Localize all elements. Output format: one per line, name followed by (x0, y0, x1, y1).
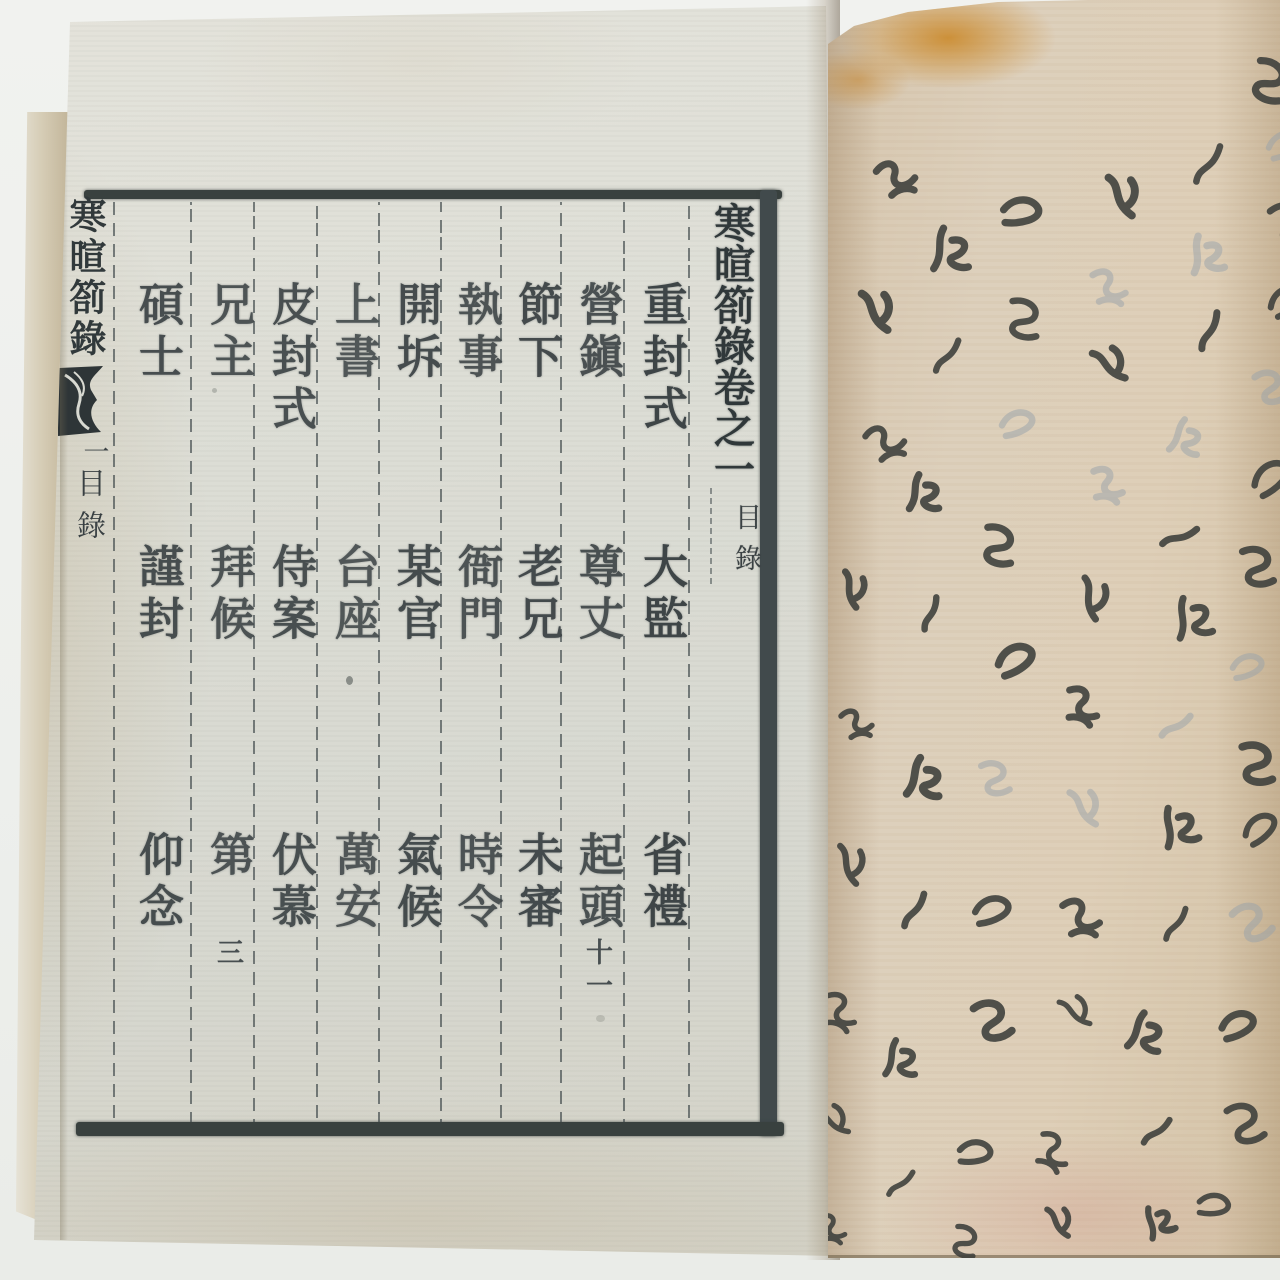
calligraphy-glyph (864, 421, 908, 465)
column-rule (190, 202, 192, 1122)
calligraphy-glyph (832, 846, 865, 884)
column-rule (113, 202, 115, 1122)
fishtail-ornament (58, 366, 108, 438)
calligraphy-glyph (1002, 412, 1033, 437)
handwriting-calligraphy (828, 0, 1280, 1258)
calligraphy-glyph (1062, 687, 1102, 727)
spine-title: 寒暄箚錄 (58, 196, 112, 360)
toc-entry-bottom: 氣候 (383, 831, 448, 935)
calligraphy-glyph (860, 294, 889, 330)
toc-entry-top: 上書 (321, 281, 386, 385)
spine-section-label: 目錄 (70, 468, 111, 552)
calligraphy-glyph (934, 228, 975, 275)
toc-entry-top: 執事 (444, 281, 509, 385)
calligraphy-glyph (933, 341, 961, 371)
calligraphy-glyph (840, 707, 873, 740)
toc-entry-bottom: 省禮 (629, 831, 694, 935)
calligraphy-glyph (1222, 1013, 1254, 1039)
toc-entry-top: 營鎭 (565, 281, 630, 385)
calligraphy-glyph (1071, 578, 1109, 620)
toc-entry-top: 重封式 (629, 281, 694, 437)
toc-entry-note: 十一 (577, 938, 616, 1004)
toc-entry-middle: 大監 (629, 543, 694, 647)
calligraphy-glyph (1180, 598, 1213, 638)
calligraphy-glyph (1004, 298, 1044, 340)
calligraphy-glyph (885, 1040, 921, 1081)
calligraphy-glyph (1162, 909, 1190, 939)
calligraphy-glyph (1169, 419, 1208, 461)
spine-volume-number: 一 (76, 438, 113, 464)
calligraphy-glyph (1162, 519, 1196, 555)
calligraphy-glyph (899, 894, 929, 926)
toc-entry-bottom: 伏慕 (258, 831, 323, 935)
calligraphy-glyph (1162, 711, 1190, 741)
calligraphy-glyph (1128, 1012, 1170, 1058)
toc-entry-top: 兄主 (196, 281, 261, 385)
toc-entry-top: 節下 (504, 281, 569, 385)
calligraphy-glyph (1192, 313, 1227, 349)
calligraphy-glyph (909, 474, 944, 514)
calligraphy-glyph (1146, 1204, 1176, 1239)
book-photo: 寒暄箚錄卷之一 目錄 寒暄箚錄 一 目錄 重封式大監省禮營鎭尊丈起頭十一節下老兄… (0, 0, 1280, 1280)
calligraphy-glyph (1231, 900, 1274, 944)
calligraphy-glyph (979, 525, 1020, 567)
toc-title: 寒暄箚錄卷之一 (702, 202, 761, 489)
ink-speck (596, 1015, 605, 1022)
calligraphy-glyph (1194, 236, 1225, 274)
toc-entry-top: 碩士 (125, 281, 190, 385)
toc-entry-middle: 台座 (321, 543, 386, 647)
calligraphy-glyph (981, 763, 1010, 794)
calligraphy-glyph (957, 1137, 993, 1169)
calligraphy-glyph (948, 1224, 982, 1258)
calligraphy-glyph (997, 645, 1035, 676)
calligraphy-glyph (1047, 1209, 1068, 1236)
toc-entry-bottom: 第 (196, 831, 261, 883)
calligraphy-glyph (973, 999, 1013, 1041)
calligraphy-glyph (889, 1170, 913, 1196)
toc-entry-middle: 某官 (383, 543, 448, 647)
calligraphy-glyph (828, 1215, 846, 1243)
guide-dashes (710, 488, 712, 584)
toc-entry-top: 皮封式 (258, 281, 323, 437)
calligraphy-glyph (1226, 1103, 1265, 1144)
toc-entry-middle: 侍案 (258, 543, 323, 647)
calligraphy-glyph (1247, 58, 1280, 105)
calligraphy-glyph (1196, 1190, 1231, 1222)
toc-entry-bottom: 起頭 (565, 831, 630, 935)
calligraphy-glyph (1269, 201, 1280, 245)
toc-entry-bottom: 萬安 (321, 831, 386, 935)
calligraphy-glyph (1059, 995, 1090, 1030)
calligraphy-glyph (1239, 744, 1276, 784)
frame-border-top (84, 190, 782, 199)
calligraphy-glyph (1031, 1131, 1075, 1174)
calligraphy-glyph (875, 157, 918, 200)
calligraphy-glyph (828, 1104, 849, 1140)
toc-entry-bottom: 未審 (504, 831, 569, 935)
calligraphy-glyph (1267, 285, 1280, 318)
toc-entry-middle: 老兄 (504, 543, 569, 647)
toc-entry-middle: 謹封 (125, 543, 190, 647)
toc-entry-middle: 尊丈 (565, 543, 630, 647)
calligraphy-glyph (1232, 655, 1262, 679)
ink-speck (346, 676, 353, 685)
toc-entry-note: 三 (208, 938, 247, 971)
calligraphy-glyph (1105, 178, 1137, 216)
calligraphy-glyph (915, 597, 946, 629)
calligraphy-glyph (1144, 1117, 1170, 1145)
calligraphy-glyph (1000, 195, 1040, 230)
toc-entry-top: 開坼 (383, 281, 448, 385)
ink-speck (212, 388, 217, 393)
toc-entry-bottom: 仰念 (125, 831, 190, 935)
calligraphy-glyph (1090, 468, 1126, 503)
toc-entry-middle: 拜候 (196, 543, 261, 647)
calligraphy-glyph (1268, 133, 1280, 159)
calligraphy-glyph (1254, 370, 1280, 405)
calligraphy-glyph (1250, 460, 1280, 497)
calligraphy-glyph (1242, 813, 1279, 846)
calligraphy-glyph (1241, 549, 1275, 585)
frame-border-right (760, 190, 777, 1136)
toc-subtitle: 目錄 (726, 503, 765, 585)
calligraphy-glyph (975, 898, 1009, 926)
toc-entry-middle: 衙門 (444, 543, 509, 647)
calligraphy-glyph (828, 992, 861, 1033)
calligraphy-glyph (907, 757, 948, 803)
calligraphy-glyph (1166, 807, 1200, 847)
calligraphy-glyph (1092, 347, 1125, 385)
toc-entry-bottom: 時令 (444, 831, 509, 935)
calligraphy-glyph (1062, 900, 1100, 937)
calligraphy-glyph (1192, 146, 1225, 181)
calligraphy-glyph (1070, 792, 1096, 825)
frame-border-bottom (76, 1122, 784, 1136)
calligraphy-glyph (835, 572, 867, 608)
calligraphy-glyph (1092, 271, 1125, 303)
